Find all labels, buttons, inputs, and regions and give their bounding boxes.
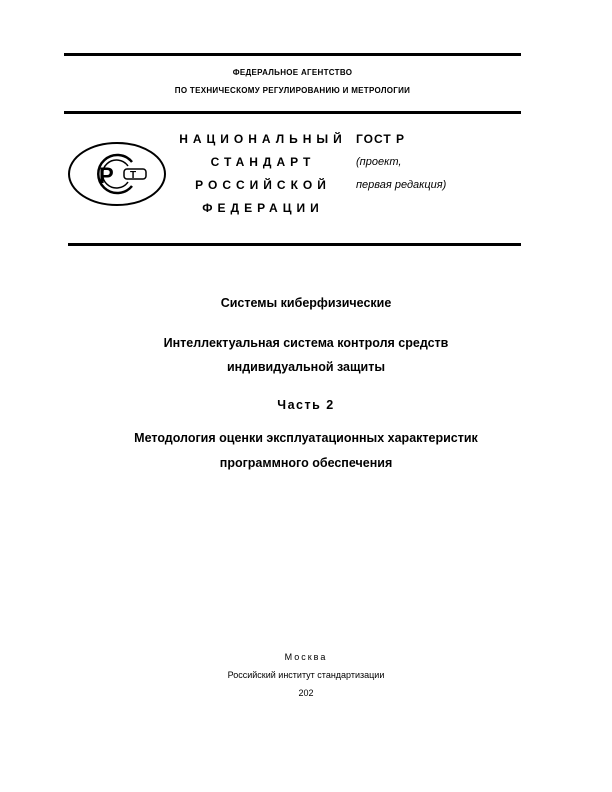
agency-subtitle: ПО ТЕХНИЧЕСКОМУ РЕГУЛИРОВАНИЮ И МЕТРОЛОГ… [64,86,521,95]
standard-type-line: РОССИЙСКОЙ [178,178,348,192]
svg-text:T: T [130,170,136,181]
document-part: Часть 2 [60,398,552,412]
part-title-cont: программного обеспечения [60,456,552,470]
svg-text:P: P [99,163,114,188]
header-divider [64,111,521,114]
top-divider [64,53,521,56]
publication-year: 202 [60,688,552,698]
standard-type-line: ФЕДЕРАЦИИ [178,201,348,215]
part-title: Методология оценки эксплуатационных хара… [60,431,552,445]
draft-status: (проект, [356,156,401,168]
document-title-cont: индивидуальной защиты [60,360,552,374]
publication-city: Москва [60,652,552,662]
standard-divider [68,243,521,246]
agency-name: ФЕДЕРАЛЬНОЕ АГЕНТСТВО [64,68,521,77]
gost-label: ГОСТ Р [356,132,405,146]
document-series-title: Системы киберфизические [60,296,552,310]
standard-type-line: НАЦИОНАЛЬНЫЙ [178,132,348,146]
draft-edition: первая редакция) [356,179,446,191]
standard-type-line: СТАНДАРТ [178,155,348,169]
document-title: Интеллектуальная система контроля средст… [60,336,552,350]
rst-gost-logo-icon: P T [66,140,168,208]
publisher: Российский институт стандартизации [60,670,552,680]
